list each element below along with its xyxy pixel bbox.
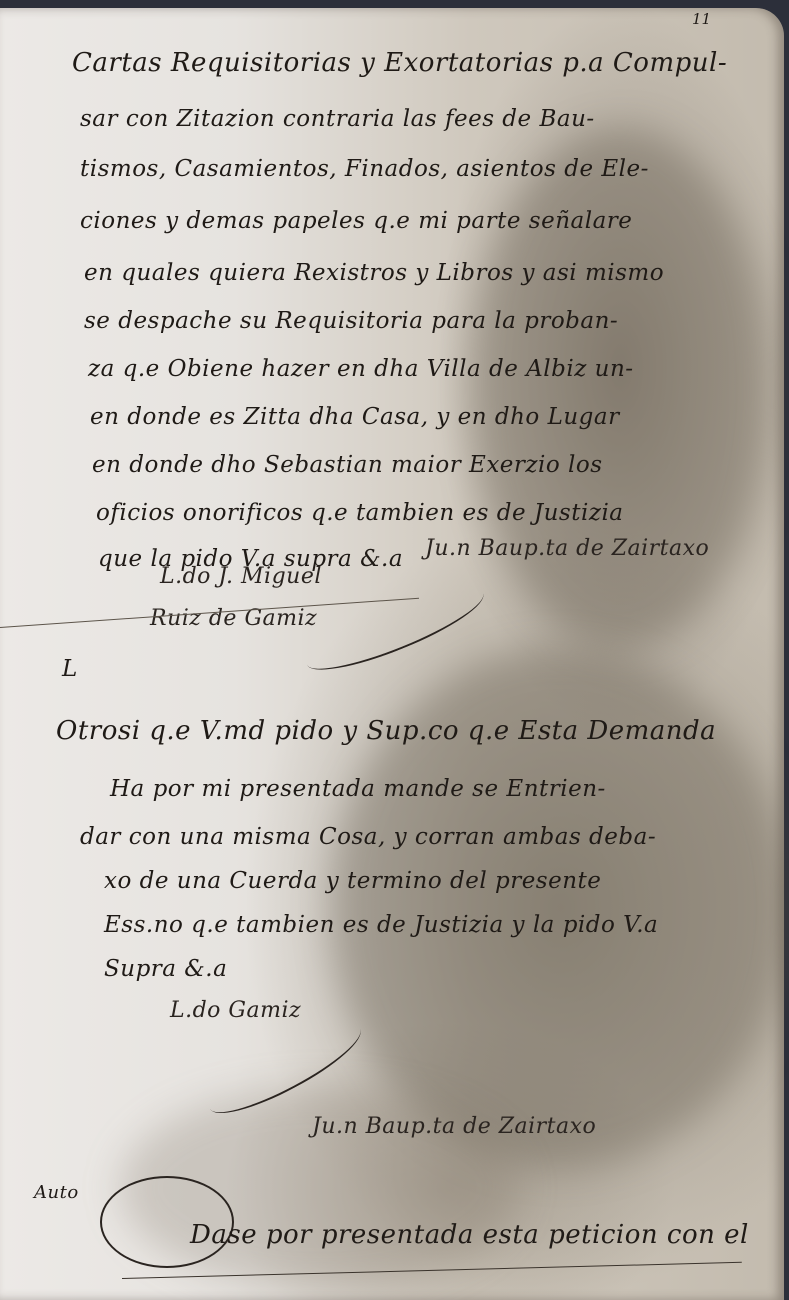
- text-line: dar con una misma Cosa, y corran ambas d…: [80, 824, 656, 850]
- text-line: za q.e Obiene hazer en dha Villa de Albi…: [88, 356, 634, 382]
- manuscript-page: 11 Cartas Requisitorias y Exortatorias p…: [0, 8, 784, 1300]
- marginal-mark: L: [62, 656, 78, 682]
- text-line: Dase por presentada esta peticion con el: [190, 1220, 749, 1250]
- water-stain: [470, 128, 770, 648]
- text-line: ciones y demas papeles q.e mi parte seña…: [80, 208, 632, 234]
- text-line: Otrosi q.e V.md pido y Sup.co q.e Esta D…: [56, 716, 716, 746]
- text-line: en donde dho Sebastian maior Exerzio los: [92, 452, 603, 478]
- signature-flourish: [299, 574, 491, 684]
- signature-zairtaxo: Ju.n Baup.ta de Zairtaxo: [312, 1114, 596, 1139]
- text-line: en donde es Zitta dha Casa, y en dho Lug…: [90, 404, 620, 430]
- signature-zairtaxo: Ju.n Baup.ta de Zairtaxo: [425, 536, 709, 561]
- text-line: Ess.no q.e tambien es de Justizia y la p…: [104, 912, 658, 938]
- text-line: sar con Zitazion contraria las fees de B…: [80, 106, 595, 132]
- text-line: Supra &.a: [104, 956, 227, 982]
- text-line: tismos, Casamientos, Finados, asientos d…: [80, 156, 649, 182]
- text-line: Cartas Requisitorias y Exortatorias p.a …: [72, 48, 727, 78]
- text-line: xo de una Cuerda y termino del presente: [104, 868, 601, 894]
- text-line: en quales quiera Rexistros y Libros y as…: [84, 260, 664, 286]
- page-number: 11: [692, 10, 711, 28]
- text-line: Ha por mi presentada mande se Entrien-: [110, 776, 606, 802]
- signature-miguel-line-1: L.do J. Miguel: [160, 564, 322, 589]
- signature-gamiz: L.do Gamiz: [170, 998, 301, 1023]
- text-line: se despache su Requisitoria para la prob…: [84, 308, 618, 334]
- text-line: oficios onorificos q.e tambien es de Jus…: [96, 500, 624, 526]
- auto-margin-label: Auto: [34, 1182, 79, 1203]
